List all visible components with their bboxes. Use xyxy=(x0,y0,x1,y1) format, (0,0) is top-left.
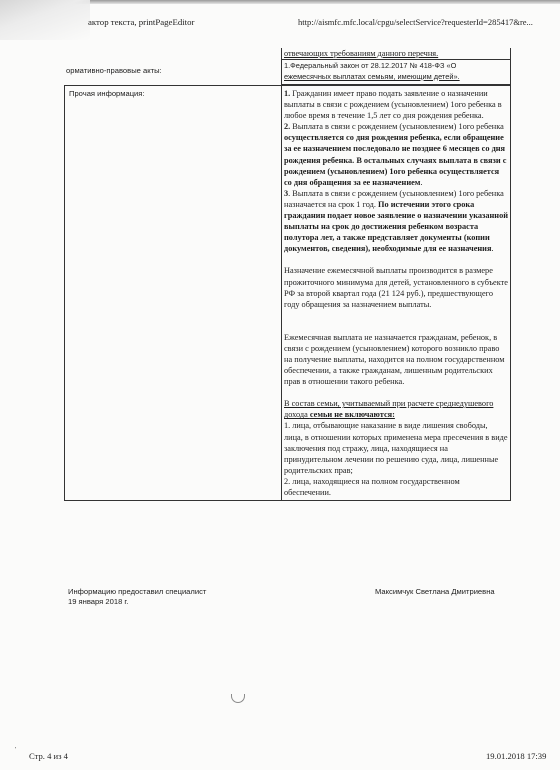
scan-tick: ' xyxy=(15,747,16,753)
paragraph-family-heading: В состав семьи, учитываемый при расчете … xyxy=(284,398,508,420)
row-label: ормативно-правовые акты: xyxy=(64,60,281,85)
table-row-legal-acts: ормативно-правовые акты: 1.Федеральный з… xyxy=(64,60,511,85)
table-row: отвечающих требованиям данного перечня. xyxy=(64,48,511,60)
row-label xyxy=(64,48,281,60)
print-header-title: актор текста, printPageEditor xyxy=(88,17,194,27)
family-exclusion-item-2: 2. лица, находящиеся на полном государст… xyxy=(284,476,508,498)
row-label: Прочая информация: xyxy=(65,86,281,500)
table-row-other-info: Прочая информация: 1. Гражданин имеет пр… xyxy=(64,85,511,501)
scan-shadow xyxy=(0,0,90,40)
row-value: 1. Гражданин имеет право подать заявлени… xyxy=(281,86,511,500)
paragraph-3: 3. Выплата в связи с рождением (усыновле… xyxy=(284,188,508,255)
paragraph-amount: Назначение ежемесячной выплаты производи… xyxy=(284,265,508,309)
family-exclusion-item-1: 1. лица, отбывающие наказание в виде лиш… xyxy=(284,420,508,475)
print-datetime: 19.01.2018 17:39 xyxy=(486,751,546,761)
scan-mark xyxy=(231,694,245,703)
paragraph-1: 1. Гражданин имеет право подать заявлени… xyxy=(284,88,508,121)
legal-act-line: ежемесячных выплатах семьям, имеющим дет… xyxy=(284,72,508,83)
provided-date: 19 января 2018 г. xyxy=(68,597,206,607)
legal-act-line: 1.Федеральный закон от 28.12.2017 № 418-… xyxy=(284,61,508,72)
row-value: отвечающих требованиям данного перечня. xyxy=(281,48,511,60)
page-number: Стр. 4 из 4 xyxy=(29,751,68,761)
specialist-name: Максимчук Светлана Дмитриевна xyxy=(375,587,495,596)
row-value: 1.Федеральный закон от 28.12.2017 № 418-… xyxy=(281,60,511,85)
paragraph-2: 2. Выплата в связи с рождением (усыновле… xyxy=(284,121,508,188)
provided-by-label: Информацию предоставил специалист xyxy=(68,587,206,597)
paragraph-exclusions: Ежемесячная выплата не назначается гражд… xyxy=(284,332,508,387)
service-info-table: отвечающих требованиям данного перечня. … xyxy=(64,48,511,501)
print-header-url: http://aismfc.mfc.local/cpgu/selectServi… xyxy=(298,17,533,27)
provided-by-block: Информацию предоставил специалист 19 янв… xyxy=(68,587,206,607)
